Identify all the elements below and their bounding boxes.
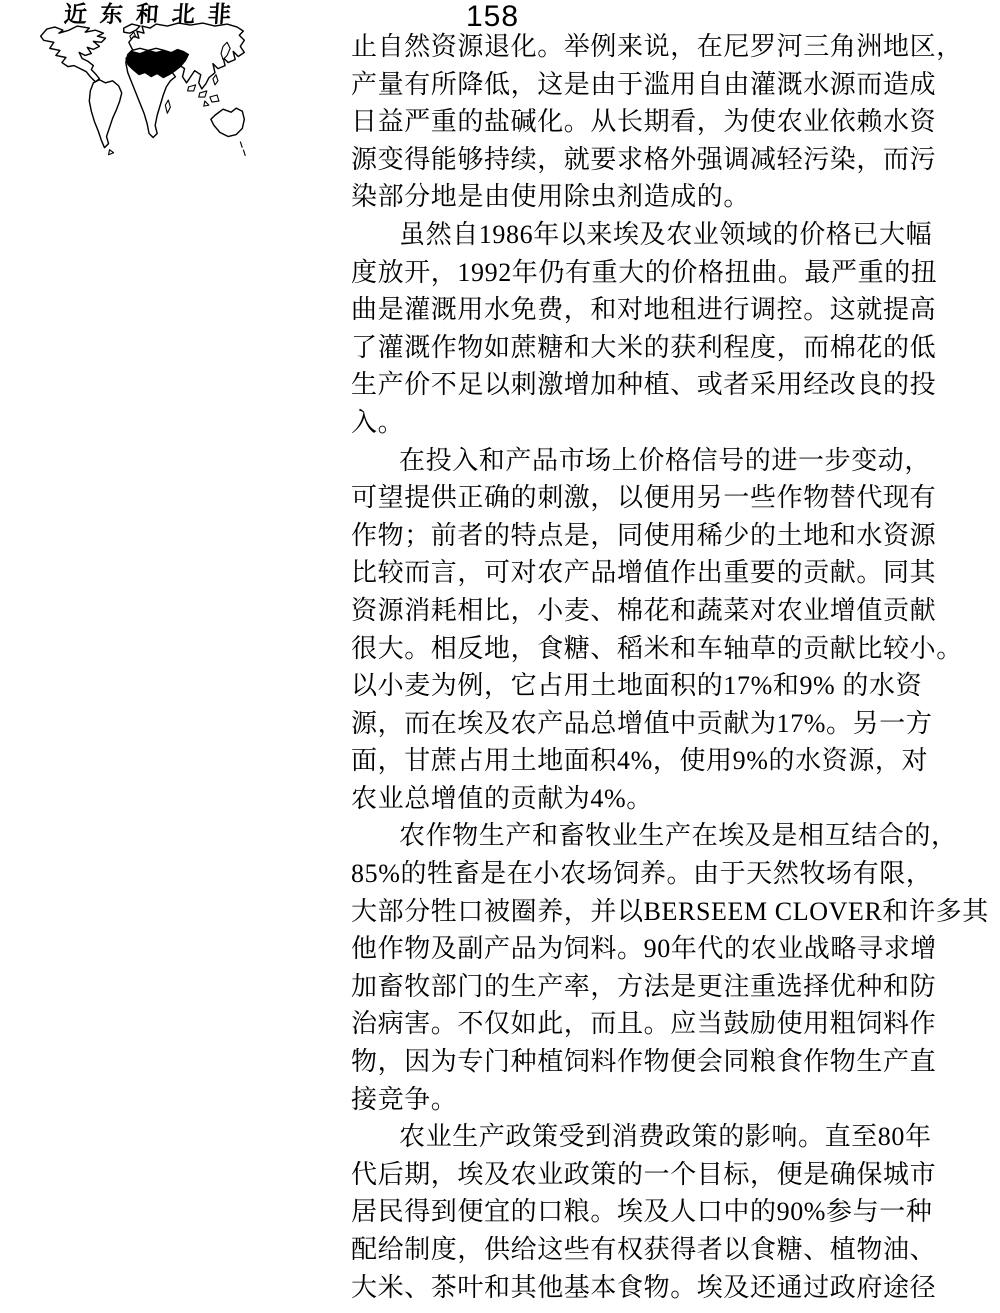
text-line: 染部分地是由使用除虫剂造成的。 xyxy=(351,178,951,216)
text-line: 配给制度，供给这些有权获得者以食糖、植物油、 xyxy=(351,1231,951,1269)
map-continent-australia xyxy=(211,108,244,136)
text-line: 物，因为专门种植饲料作物便会同粮食作物生产直 xyxy=(351,1043,951,1081)
text-line: 农业生产政策受到消费政策的影响。直至80年 xyxy=(351,1118,951,1156)
world-map-svg xyxy=(34,20,252,172)
text-line: 居民得到便宜的口粮。埃及人口中的90%参与一种 xyxy=(351,1193,951,1231)
map-island-philippines xyxy=(213,75,218,85)
text-line: 以小麦为例，它占用土地面积的17%和9% 的水资 xyxy=(351,667,951,705)
text-line: 代后期，埃及农业政策的一个目标，便是确保城市 xyxy=(351,1156,951,1194)
text-line: 治病害。不仅如此，而且。应当鼓励使用粗饲料作 xyxy=(351,1005,951,1043)
text-line: 面，甘蔗占用土地面积4%，使用9%的水资源，对 xyxy=(351,742,951,780)
map-island-sumatra xyxy=(188,85,196,91)
text-line: 农作物生产和畜牧业生产在埃及是相互结合的， xyxy=(351,817,951,855)
body-text: 止自然资源退化。举例来说，在尼罗河三角洲地区，产量有所降低，这是由于滥用自由灌溉… xyxy=(351,28,951,1306)
text-line: 农业总增值的贡献为4%。 xyxy=(351,780,951,818)
text-line: 大部分牲口被圈养，并以BERSEEM CLOVER和许多其 xyxy=(351,893,951,931)
text-line: 曲是灌溉用水免费，和对地租进行调控。这就提高 xyxy=(351,291,951,329)
text-line: 85%的牲畜是在小农场饲养。由于天然牧场有限， xyxy=(351,855,951,893)
text-line: 虽然自1986年以来埃及农业领域的价格已大幅 xyxy=(351,216,951,254)
map-island-new-guinea xyxy=(210,95,219,102)
map-island-new-zealand xyxy=(240,142,245,156)
map-island-madagascar xyxy=(165,100,170,113)
text-line: 接竞争。 xyxy=(351,1081,951,1119)
text-line: 止自然资源退化。举例来说，在尼罗河三角洲地区， xyxy=(351,28,951,66)
text-line: 度放开，1992年仍有重大的价格扭曲。最严重的扭 xyxy=(351,254,951,292)
text-line: 可望提供正确的刺激，以便用另一些作物替代现有 xyxy=(351,479,951,517)
text-line: 了灌溉作物如蔗糖和大米的获利程度，而棉花的低 xyxy=(351,329,951,367)
map-island-borneo xyxy=(199,91,207,97)
text-line: 产量有所降低，这是由于滥用自由灌溉水源而造成 xyxy=(351,66,951,104)
text-line: 源变得能够持续，就要求格外强调减轻污染，而污 xyxy=(351,141,951,179)
map-island-java xyxy=(204,101,209,106)
text-line: 加畜牧部门的生产率，方法是更注重选择优种和防 xyxy=(351,968,951,1006)
text-line: 源，而在埃及农产品总增值中贡献为17%。另一方 xyxy=(351,705,951,743)
text-line: 入。 xyxy=(351,404,951,442)
map-continent-south-america xyxy=(89,80,121,148)
text-line: 在投入和产品市场上价格信号的进一步变动， xyxy=(351,442,951,480)
text-line: 大米、茶叶和其他基本食物。埃及还通过政府途径 xyxy=(351,1269,951,1307)
text-line: 资源消耗相比，小麦、棉花和蔬菜对农业增值贡献 xyxy=(351,592,951,630)
world-map xyxy=(34,20,252,172)
text-line: 生产价不足以刺激增加种植、或者采用经改良的投 xyxy=(351,366,951,404)
map-island-tierra-del-fuego xyxy=(109,150,114,155)
text-line: 比较而言，可对农产品增值作出重要的贡献。同其 xyxy=(351,554,951,592)
text-line: 他作物及副产品为饲料。90年代的农业战略寻求增 xyxy=(351,930,951,968)
map-continent-north-america xyxy=(41,26,106,82)
text-line: 作物；前者的特点是，同使用稀少的土地和水资源 xyxy=(351,517,951,555)
text-line: 很大。相反地，食糖、稻米和车轴草的贡献比较小。 xyxy=(351,630,951,668)
text-line: 日益严重的盐碱化。从长期看，为使农业依赖水资 xyxy=(351,103,951,141)
